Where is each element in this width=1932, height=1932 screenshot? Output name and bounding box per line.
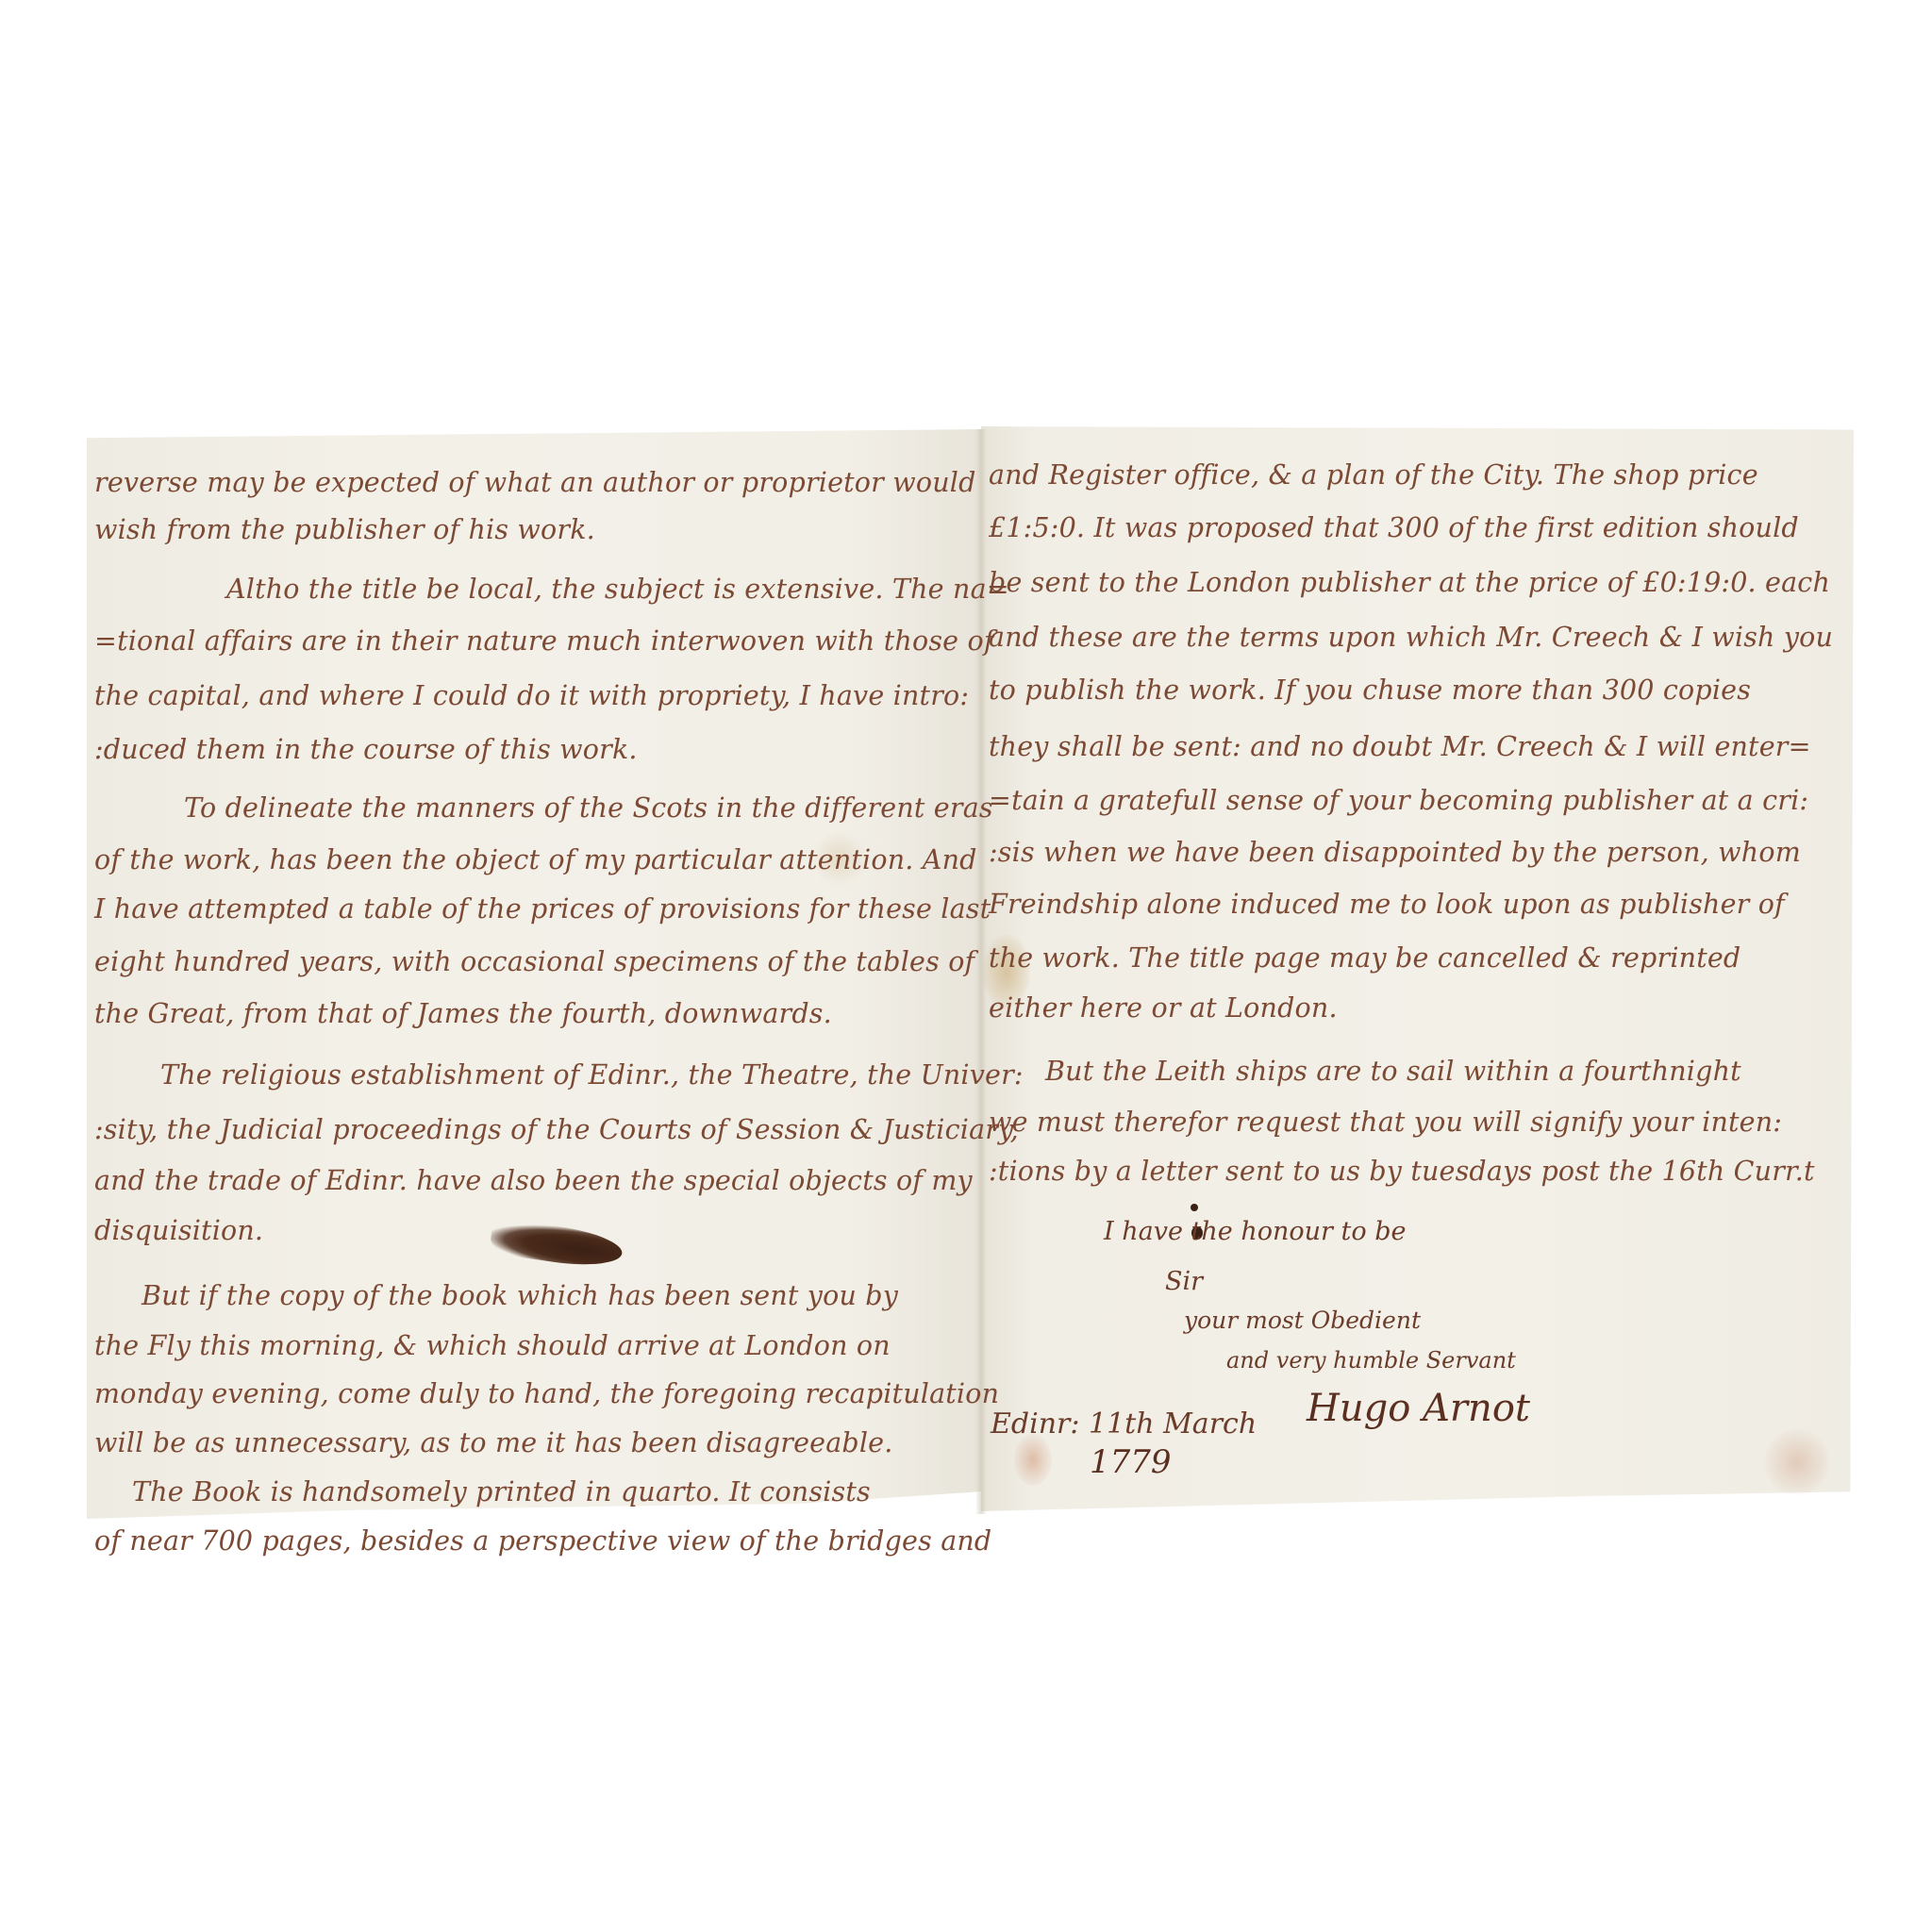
- text-line: The religious establishment of Edinr., t…: [160, 1062, 1024, 1090]
- text-line: will be as unnecessary, as to me it has …: [94, 1430, 893, 1457]
- text-line: the capital, and where I could do it wit…: [94, 683, 969, 710]
- text-line: :sis when we have been disappointed by t…: [989, 840, 1801, 867]
- text-line: =tain a gratefull sense of your becoming…: [989, 788, 1808, 815]
- text-line: the work. The title page may be cancelle…: [989, 945, 1740, 973]
- manuscript-spread: reverse may be expected of what an autho…: [0, 0, 1932, 1932]
- text-line: The Book is handsomely printed in quarto…: [132, 1479, 871, 1507]
- text-line: :tions by a letter sent to us by tuesday…: [989, 1158, 1815, 1186]
- text-line: :duced them in the course of this work.: [94, 737, 638, 764]
- text-line: be sent to the London publisher at the p…: [989, 570, 1830, 597]
- text-line: Altho the title be local, the subject is…: [226, 576, 1009, 604]
- text-line: of near 700 pages, besides a perspective…: [94, 1528, 991, 1556]
- text-line: But if the copy of the book which has be…: [142, 1283, 898, 1310]
- text-line: To delineate the manners of the Scots in…: [184, 795, 993, 823]
- text-line: I have attempted a table of the prices o…: [94, 896, 991, 924]
- ink-spot: [1191, 1204, 1198, 1211]
- text-line: £1:5:0. It was proposed that 300 of the …: [989, 515, 1799, 542]
- letter-date: Edinr: 11th March: [991, 1407, 1257, 1441]
- signature: Hugo Arnot: [1307, 1387, 1530, 1430]
- text-line: of the work, has been the object of my p…: [94, 847, 977, 874]
- text-line: But the Leith ships are to sail within a…: [1045, 1058, 1741, 1086]
- text-line: reverse may be expected of what an autho…: [94, 470, 976, 497]
- closing-honour: I have the honour to be: [1104, 1217, 1406, 1246]
- text-line: and the trade of Edinr. have also been t…: [94, 1168, 973, 1195]
- text-line: the Great, from that of James the fourth…: [94, 1001, 832, 1028]
- text-line: eight hundred years, with occasional spe…: [94, 949, 974, 976]
- text-line: we must therefor request that you will s…: [989, 1109, 1782, 1137]
- closing-obedient: your most Obedient: [1184, 1307, 1421, 1334]
- text-line: Freindship alone induced me to look upon…: [989, 891, 1785, 919]
- letter-year: 1779: [1090, 1443, 1172, 1481]
- text-line: and Register office, & a plan of the Cit…: [989, 462, 1758, 490]
- closing-salutation: Sir: [1165, 1267, 1203, 1296]
- text-line: either here or at London.: [989, 995, 1338, 1023]
- text-line: the Fly this morning, & which should arr…: [94, 1333, 891, 1360]
- text-line: :sity, the Judicial proceedings of the C…: [94, 1117, 1019, 1144]
- text-line: monday evening, come duly to hand, the f…: [94, 1381, 999, 1408]
- text-line: disquisition.: [94, 1218, 263, 1245]
- text-line: wish from the publisher of his work.: [94, 517, 595, 544]
- text-line: they shall be sent: and no doubt Mr. Cre…: [989, 734, 1811, 761]
- text-line: and these are the terms upon which Mr. C…: [989, 625, 1833, 652]
- text-line: =tional affairs are in their nature much…: [94, 628, 994, 656]
- text-line: to publish the work. If you chuse more t…: [989, 677, 1751, 705]
- closing-servant: and very humble Servant: [1226, 1347, 1516, 1374]
